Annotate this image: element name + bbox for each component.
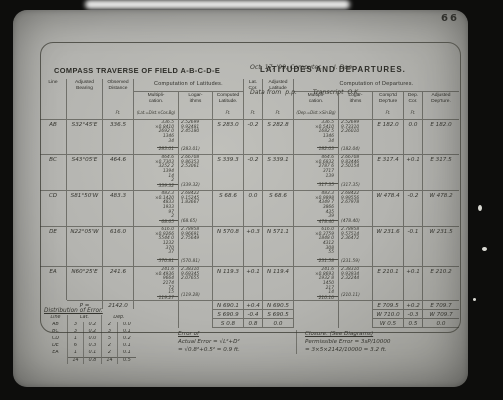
dist-total-dep-parts: 14 [102, 357, 118, 364]
cell-adjusted-departure: E 182.0 [423, 120, 459, 154]
header-line: Line [40, 79, 67, 110]
permissible-error-formula: Permissible Error = 3sP/10000 [305, 338, 456, 346]
cell-adjusted-latitude: N 119.4 [263, 266, 294, 300]
title-traverse: COMPASS TRAVERSE OF FIELD A-B-C-D-E [54, 66, 220, 75]
dist-cell: 0.2 [84, 329, 102, 336]
cell-blank [179, 318, 213, 328]
cell-computed-departure: W 231.6 [373, 226, 404, 266]
error-adjusted-departure: 0.0 [423, 318, 459, 328]
multiplication-work: 483.3 ×0.1420 4833 1933 97 2 [134, 191, 178, 220]
dist-cell-line: AB [44, 322, 68, 329]
unit-cell [179, 110, 213, 120]
dist-cell: 0.2 [118, 336, 136, 343]
dist-cell-line: CD [44, 336, 68, 343]
cell-blank [134, 309, 179, 318]
multiplication-result: 317.35 [317, 183, 338, 190]
cell-lat-logarithms: 2.52699 9.92481 2.45180(283.01) [179, 120, 213, 154]
header-adjusted-departure: Adjusted Dep'ture. [423, 92, 459, 110]
cell-computed-departure: E 182.0 [373, 120, 404, 154]
unit-computed-lat-ft: Ft. [213, 110, 244, 120]
dist-cell: 3 [68, 329, 84, 336]
error-of-closure: Error of Actual Error = √L²+D² = √0.8²+0… [170, 330, 456, 354]
cell-distance: 241.6 [103, 266, 134, 300]
cell-distance: 616.0 [103, 226, 134, 266]
actual-error-formula: Actual Error = √L²+D² [178, 338, 296, 346]
cell-adjusted-latitude: S 68.6 [263, 190, 294, 226]
multiplication-result: 182.03 [317, 147, 338, 154]
photo-background: 66 Oct. 17, '99, Computer, J. Doe. Data … [0, 0, 503, 400]
cell-adjusted-departure: E 210.2 [423, 266, 459, 300]
cell-dep-multiplication: 464.6 ×0.6832 2787 6 3717 139317.35 [294, 154, 339, 190]
cell-adjusted-latitude: S 339.1 [263, 154, 294, 190]
dist-header-line: Line [44, 315, 68, 322]
dist-cell-line: EA [44, 350, 68, 357]
dist-cell: 0.0 [118, 322, 136, 329]
cell-computed-latitude: N 119.3 [213, 266, 244, 300]
multiplication-work: 464.6 ×0.7303 3252 2 1394 14 2 [134, 155, 178, 184]
dist-cell: 0.3 [84, 343, 102, 350]
total-dep-correction: +0.2 [404, 300, 423, 309]
cell-blank [294, 309, 339, 318]
unit-cell [423, 110, 459, 120]
unit-adj-lat-ft: Ft. [263, 110, 294, 120]
cell-blank [339, 309, 373, 318]
unit-dep-formula: (Dep.=Dist.×Sin.Bg) [294, 110, 339, 120]
cell-dep-logarithms: 2.68422 9.99556 2.67978(478.40) [339, 190, 373, 226]
cell-blank [294, 300, 339, 309]
film-speck [478, 205, 482, 211]
cell-distance: 336.5 [103, 120, 134, 154]
header-lat-multiplication: Multipli- cation. [134, 92, 179, 110]
logarithm-values: 2.52699 9.73310 2.26010 [339, 120, 372, 135]
cell-distance: 464.6 [103, 154, 134, 190]
dist-cell: 1 [68, 350, 84, 357]
dist-cell: 0.2 [84, 322, 102, 329]
cell-blank [339, 318, 373, 328]
cell-dep-logarithms: 2.38310 9.93934 2.32244(210.11) [339, 266, 373, 300]
cell-blank [294, 318, 339, 328]
cell-dep-correction: -0.2 [404, 190, 423, 226]
dist-cell: 3 [68, 322, 84, 329]
cell-lat-multiplication: 464.6 ×0.7303 3252 2 1394 14 2339.32 [134, 154, 179, 190]
cell-dep-logarithms: 2.78958 9.57514 2.36472(231.59) [339, 226, 373, 266]
cell-bearing: N22°05'W [67, 226, 103, 266]
logarithm-values: 2.38310 9.69345 2.07655 [179, 267, 212, 282]
unit-lat-cor-ft: Ft. [244, 110, 263, 120]
error-adjusted-latitude: 0.0 [263, 318, 294, 328]
cell-computed-departure: E 317.4 [373, 154, 404, 190]
cell-line: CD [40, 190, 67, 226]
multiplication-work: 464.6 ×0.6832 2787 6 3717 139 [294, 155, 338, 179]
cell-lat-multiplication: 336.5 ×0.8410 2692 0 1346 34283.01 [134, 120, 179, 154]
error-lat-correction: 0.8 [244, 318, 263, 328]
cell-computed-latitude: S 283.0 [213, 120, 244, 154]
multiplication-result: 231.58 [317, 259, 338, 266]
total-adjusted-latitude: S 690.5 [263, 309, 294, 318]
cell-adjusted-departure: W 231.5 [423, 226, 459, 266]
multiplication-result: 283.01 [157, 147, 178, 154]
dist-cell: 0.1 [118, 350, 136, 357]
cell-line: BC [40, 154, 67, 190]
cell-lat-correction: +0.1 [244, 266, 263, 300]
total-computed-departure: E 709.5 [373, 300, 404, 309]
cell-computed-departure: W 478.4 [373, 190, 404, 226]
cell-dep-multiplication: 241.6 ×0.8693 1932 8 1450 217 14210.10 [294, 266, 339, 300]
header-observed-distance: Observed Distance [103, 79, 134, 110]
multiplication-work: 241.6 ×0.8693 1932 8 1450 217 14 [294, 267, 338, 296]
dist-cell-line: DE [44, 343, 68, 350]
dist-total-lat-error: 0.8 [84, 357, 102, 364]
cell-dep-multiplication: 616.0 ×0.3759 1848 0 4312 308 55231.58 [294, 226, 339, 266]
dist-total-lat-parts: 14 [68, 357, 84, 364]
dist-cell: 0.1 [118, 343, 136, 350]
distribution-of-error: Distribution of Error. Line Lat. Dep. AB… [44, 308, 140, 364]
cell-blank [179, 300, 213, 309]
cell-blank [339, 300, 373, 309]
dist-cell: 2 [102, 343, 118, 350]
closure-actual-section: Error of Actual Error = √L²+D² = √0.8²+0… [170, 330, 296, 354]
multiplication-work: 336.5 ×0.8410 2692 0 1346 34 [134, 120, 178, 144]
cell-lat-multiplication: 241.6 ×0.4936 9664 2174 72 15119.27 [134, 266, 179, 300]
header-adjusted-bearing: Adjusted Bearing [67, 79, 103, 110]
closure-permissible-section: Closure. (See Diagrams) Permissible Erro… [296, 330, 456, 354]
film-speck [482, 247, 487, 251]
dist-cell: 2 [102, 350, 118, 357]
header-lat-correction: Lat. Cor. [244, 79, 263, 110]
total-lat-correction: +0.4 [244, 300, 263, 309]
cell-blank [134, 300, 179, 309]
logarithm-values: 2.68422 9.15245 1.83667 [179, 191, 212, 206]
header-latitudes-group: Computation of Latitudes. [134, 79, 244, 92]
dist-cell: 5 [102, 336, 118, 343]
cell-line: DE [40, 226, 67, 266]
cell-bearing: S32°45'E [67, 120, 103, 154]
total-computed-latitude: S 690.9 [213, 309, 244, 318]
unit-cell [40, 110, 67, 120]
cell-bearing: N60°25'E [67, 266, 103, 300]
unit-cell [339, 110, 373, 120]
logarithm-values: 2.52699 9.92481 2.45180 [179, 120, 212, 135]
cell-blank [134, 318, 179, 328]
page-number: 66 [441, 13, 459, 24]
cell-lat-logarithms: 2.78958 9.96691 2.75649(570.81) [179, 226, 213, 266]
dist-total-blank [44, 357, 68, 364]
multiplication-work: 336.5 ×0.5410 1682 5 1346 34 [294, 120, 338, 144]
unit-cell [67, 110, 103, 120]
dist-header-lat: Lat. [68, 315, 102, 322]
dist-cell: 0.0 [84, 336, 102, 343]
multiplication-work: 241.6 ×0.4936 9664 2174 72 15 [134, 267, 178, 296]
cell-lat-multiplication: 483.3 ×0.1420 4833 1933 97 268.65 [134, 190, 179, 226]
logarithm-values: 2.78958 9.57514 2.36472 [339, 227, 372, 242]
header-dep-multiplication: Multipli- cation. [294, 92, 339, 110]
error-computed-latitude: S 0.8 [213, 318, 244, 328]
cell-line: EA [40, 266, 67, 300]
total-adjusted-latitude: N 690.5 [263, 300, 294, 309]
header-dep-correction: Dep. Cor. [404, 92, 423, 110]
cell-distance: 483.3 [103, 190, 134, 226]
cell-bearing: S43°05'E [67, 154, 103, 190]
logarithm-values: 2.38310 9.93934 2.32244 [339, 267, 372, 282]
total-adjusted-departure: E 709.7 [423, 300, 459, 309]
cell-dep-logarithms: 2.66708 9.83446 2.50154(317.35) [339, 154, 373, 190]
logarithm-values: 2.78958 9.96691 2.75649 [179, 227, 212, 242]
cell-computed-latitude: S 339.3 [213, 154, 244, 190]
multiplication-result: 570.81 [157, 259, 178, 266]
error-computed-departure: W 0.5 [373, 318, 404, 328]
unit-distance-ft: Ft. [103, 110, 134, 120]
traverse-table: Line Adjusted Bearing Observed Distance … [40, 79, 459, 328]
total-adjusted-departure: W 709.7 [423, 309, 459, 318]
cell-blank [179, 309, 213, 318]
cell-adjusted-latitude: S 282.8 [263, 120, 294, 154]
film-flare [85, 0, 350, 9]
dist-cell: 0.1 [118, 329, 136, 336]
cell-computed-latitude: S 68.6 [213, 190, 244, 226]
cell-lat-correction: -0.2 [244, 120, 263, 154]
cell-adjusted-departure: W 478.2 [423, 190, 459, 226]
cell-dep-correction: 0.0 [404, 120, 423, 154]
cell-dep-multiplication: 483.3 ×0.9898 4349 7 3866 435 39478.40 [294, 190, 339, 226]
multiplication-work: 483.3 ×0.9898 4349 7 3866 435 39 [294, 191, 338, 220]
cell-dep-correction: +0.1 [404, 154, 423, 190]
dist-cell: 0.1 [84, 350, 102, 357]
cell-lat-logarithms: 2.38310 9.69345 2.07655(119.28) [179, 266, 213, 300]
error-dep-correction: 0.5 [404, 318, 423, 328]
dist-cell-line: BC [44, 329, 68, 336]
permissible-error-value: = 3×5×2142/10000 = 3.2 ft. [305, 346, 456, 354]
header-computed-latitude: Computed Latitude. [213, 92, 244, 110]
multiplication-work: 616.0 ×0.3759 1848 0 4312 308 55 [294, 227, 338, 256]
dist-header-dep: Dep. [102, 315, 136, 322]
logarithm-values: 2.66708 9.86353 2.53061 [179, 155, 212, 170]
closure-left-title: Error of [178, 330, 296, 338]
distribution-title: Distribution of Error. [44, 308, 140, 314]
total-lat-correction: -0.4 [244, 309, 263, 318]
cell-lat-logarithms: 2.66708 9.86353 2.53061(339.32) [179, 154, 213, 190]
cell-dep-multiplication: 336.5 ×0.5410 1682 5 1346 34182.03 [294, 120, 339, 154]
cell-adjusted-departure: E 317.5 [423, 154, 459, 190]
multiplication-work: 616.0 ×0.9266 5544 0 1232 370 37 [134, 227, 178, 256]
dist-cell: 2 [102, 322, 118, 329]
logarithm-values: 2.68422 9.99556 2.67978 [339, 191, 372, 206]
film-speck [473, 298, 476, 301]
cell-lat-correction: +0.3 [244, 226, 263, 266]
cell-dep-correction: +0.1 [404, 266, 423, 300]
cell-lat-logarithms: 2.68422 9.15245 1.83667(68.65) [179, 190, 213, 226]
header-computed-departure: Comp'td Dep'ture [373, 92, 404, 110]
dist-total-dep-error: 0.5 [118, 357, 136, 364]
header-departures-group: Computation of Departures. [294, 79, 459, 92]
logarithm-values: 2.66708 9.83446 2.50154 [339, 155, 372, 170]
dist-cell: 3 [102, 329, 118, 336]
distribution-table: Line Lat. Dep. AB 3 0.2 2 0.0 BC 3 0.2 3… [44, 315, 140, 364]
cell-adjusted-latitude: N 571.1 [263, 226, 294, 266]
total-computed-departure: W 710.0 [373, 309, 404, 318]
cell-lat-correction: 0.0 [244, 190, 263, 226]
header-adjusted-latitude: Adjusted Latitude [263, 79, 294, 110]
cell-dep-logarithms: 2.52699 9.73310 2.26010(182.04) [339, 120, 373, 154]
cell-dep-correction: -0.1 [404, 226, 423, 266]
cell-line: AB [40, 120, 67, 154]
header-dep-logarithms: Logar- ithms [339, 92, 373, 110]
unit-lat-formula: (Lat.=Dist.×Cos.Bg) [134, 110, 179, 120]
cell-computed-departure: E 210.1 [373, 266, 404, 300]
actual-error-value: = √0.8²+0.5² = 0.9 ft. [178, 346, 296, 354]
dist-cell: 6 [68, 343, 84, 350]
title-latitudes-departures: LATITUDES AND DEPARTURES. [260, 65, 406, 74]
total-computed-latitude: N 690.1 [213, 300, 244, 309]
header-lat-logarithms: Logar- ithms [179, 92, 213, 110]
dist-cell: 1 [68, 336, 84, 343]
total-dep-correction: -0.3 [404, 309, 423, 318]
unit-computed-dep-ft: Ft. [373, 110, 404, 120]
cell-lat-correction: -0.2 [244, 154, 263, 190]
cell-lat-multiplication: 616.0 ×0.9266 5544 0 1232 370 37570.81 [134, 226, 179, 266]
cell-computed-latitude: N 570.8 [213, 226, 244, 266]
unit-dep-cor-ft: Ft. [404, 110, 423, 120]
cell-bearing: S81°50'W [67, 190, 103, 226]
closure-right-title: Closure. (See Diagrams) [305, 330, 456, 338]
